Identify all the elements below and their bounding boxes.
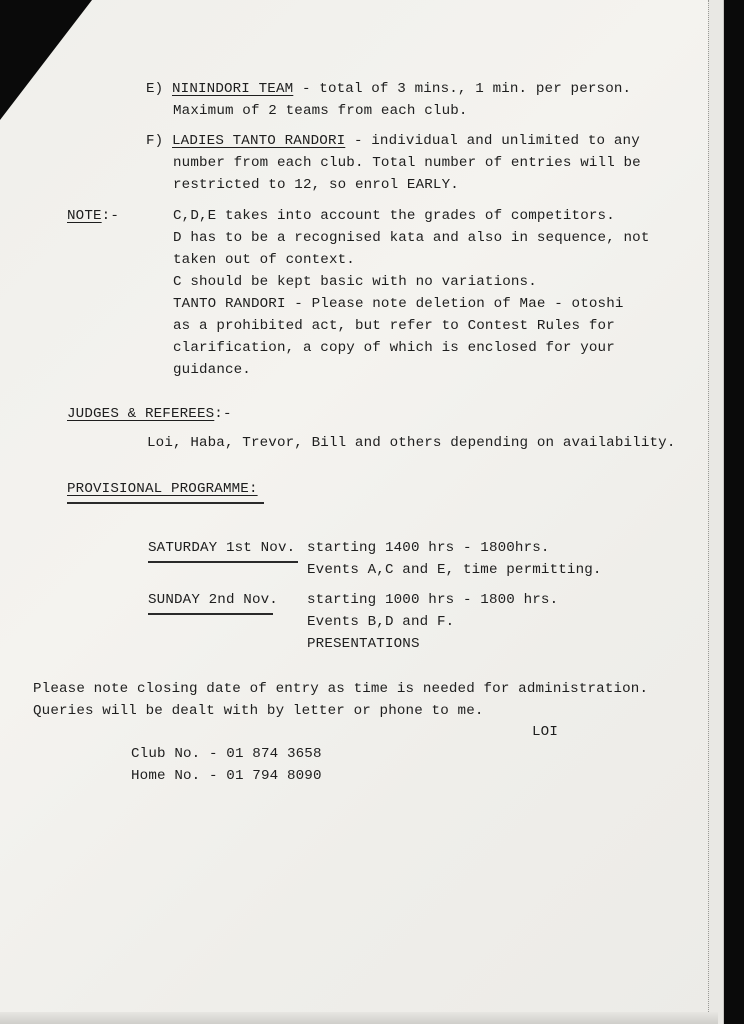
event-e-line-2: Maximum of 2 teams from each club. bbox=[173, 103, 468, 119]
event-f-line-2: number from each club. Total number of e… bbox=[173, 155, 641, 171]
event-f-title: LADIES TANTO RANDORI bbox=[172, 133, 345, 149]
home-phone: Home No. - 01 794 8090 bbox=[131, 768, 322, 784]
closing-line: Queries will be dealt with by letter or … bbox=[33, 703, 484, 719]
sunday-presentations: PRESENTATIONS bbox=[307, 636, 420, 652]
event-f-desc: - individual and unlimited to any bbox=[345, 133, 640, 149]
closing-line: Please note closing date of entry as tim… bbox=[33, 681, 648, 697]
note-line: as a prohibited act, but refer to Contes… bbox=[173, 318, 615, 334]
event-f-line-3: restricted to 12, so enrol EARLY. bbox=[173, 177, 459, 193]
note-line: TANTO RANDORI - Please note deletion of … bbox=[173, 296, 624, 312]
event-e-letter: E) bbox=[146, 81, 163, 97]
programme-heading: PROVISIONAL PROGRAMME: bbox=[67, 481, 258, 497]
judges-list: Loi, Haba, Trevor, Bill and others depen… bbox=[147, 435, 676, 451]
page-edge bbox=[708, 0, 724, 1024]
event-e-title: NININDORI TEAM bbox=[172, 81, 293, 97]
page-bottom-edge bbox=[0, 1012, 718, 1024]
programme-heading-rule bbox=[67, 502, 264, 504]
note-line: guidance. bbox=[173, 362, 251, 378]
document-page bbox=[0, 0, 718, 1024]
event-e-desc: - total of 3 mins., 1 min. per person. bbox=[293, 81, 631, 97]
note-line: D has to be a recognised kata and also i… bbox=[173, 230, 650, 246]
note-label: NOTE:- bbox=[67, 208, 119, 224]
note-line: clarification, a copy of which is enclos… bbox=[173, 340, 615, 356]
note-line: C should be kept basic with no variation… bbox=[173, 274, 537, 290]
event-e-line-1: E) NININDORI TEAM - total of 3 mins., 1 … bbox=[146, 81, 631, 97]
judges-heading: JUDGES & REFEREES:- bbox=[67, 406, 232, 422]
note-line: C,D,E takes into account the grades of c… bbox=[173, 208, 615, 224]
note-line: taken out of context. bbox=[173, 252, 355, 268]
saturday-label: SATURDAY 1st Nov. bbox=[148, 540, 295, 556]
sunday-time: starting 1000 hrs - 1800 hrs. bbox=[307, 592, 558, 608]
event-f-letter: F) bbox=[146, 133, 163, 149]
signature: LOI bbox=[532, 724, 558, 740]
sunday-events: Events B,D and F. bbox=[307, 614, 454, 630]
sunday-label: SUNDAY 2nd Nov. bbox=[148, 592, 278, 608]
club-phone: Club No. - 01 874 3658 bbox=[131, 746, 322, 762]
sunday-rule bbox=[148, 613, 273, 615]
event-f-line-1: F) LADIES TANTO RANDORI - individual and… bbox=[146, 133, 640, 149]
saturday-time: starting 1400 hrs - 1800hrs. bbox=[307, 540, 550, 556]
saturday-rule bbox=[148, 561, 298, 563]
saturday-events: Events A,C and E, time permitting. bbox=[307, 562, 602, 578]
